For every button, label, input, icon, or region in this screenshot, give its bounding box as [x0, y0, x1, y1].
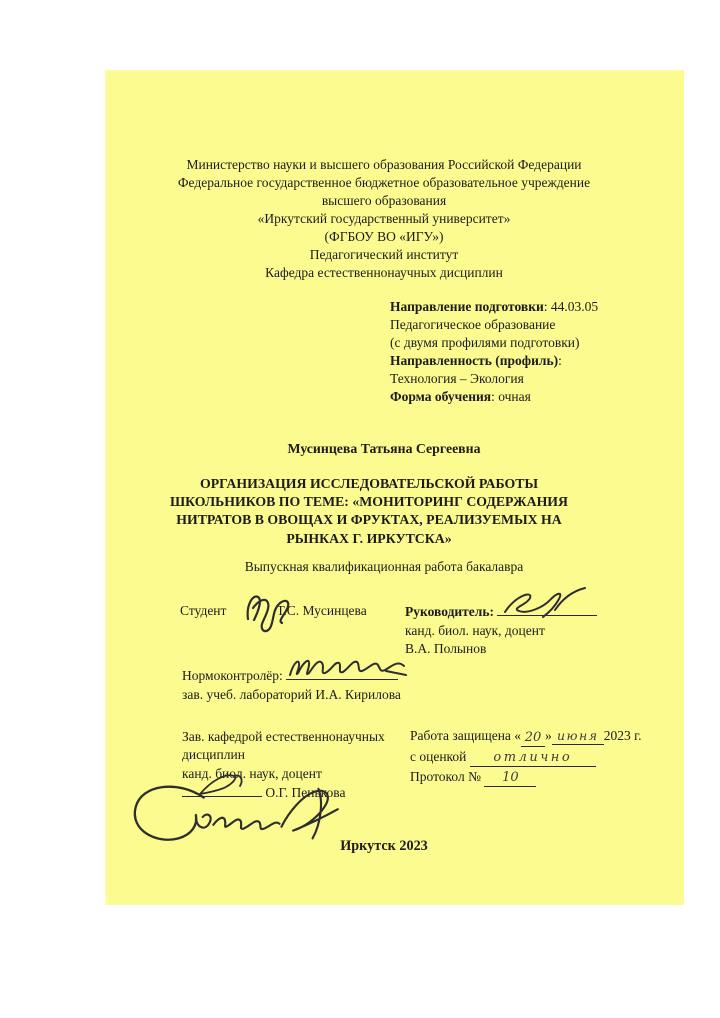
program-direction-note: (с двумя профилями подготовки) [390, 334, 665, 352]
defense-year: 2023 г. [604, 728, 642, 743]
protocol-label: Протокол № [410, 769, 481, 784]
institution-header: Министерство науки и высшего образования… [105, 156, 663, 282]
normcontrol-name: зав. учеб. лабораторий И.А. Кирилова [182, 685, 401, 704]
thesis-title-page: Министерство науки и высшего образования… [105, 70, 684, 905]
header-line-university: «Иркутский государственный университет» [105, 210, 663, 228]
normcontrol-signature-line: Нормоконтролёр: [182, 666, 401, 685]
form-label: Форма обучения [390, 389, 491, 404]
protocol-number-handwritten: 10 [484, 770, 536, 787]
dept-head-line2: дисциплин [182, 746, 385, 764]
student-signature-line: СтудентТ.С. Мусинцева [180, 603, 367, 619]
program-direction-name: Педагогическое образование [390, 316, 665, 334]
supervisor-signature-line: Руководитель: [405, 602, 597, 622]
supervisor-signature-field [497, 602, 597, 616]
dept-head-line1: Зав. кафедрой естественнонаучных [182, 728, 385, 746]
program-info-block: Направление подготовки: 44.03.05 Педагог… [390, 298, 665, 406]
supervisor-degree: канд. биол. наук, доцент [405, 622, 597, 641]
program-direction-line: Направление подготовки: 44.03.05 [390, 298, 665, 316]
defense-grade-line: с оценкой отлично [410, 747, 642, 768]
normcontrol-signature [286, 647, 408, 683]
title-line: РЫНКАХ Г. ИРКУТСКА» [105, 530, 633, 548]
header-line-institute: Педагогический институт [105, 246, 663, 264]
defense-date-line: Работа защищена «20»июня2023 г. [410, 726, 642, 747]
normcontrol-block: Нормоконтролёр: зав. учеб. лабораторий И… [182, 666, 401, 704]
defense-date-prefix: Работа защищена « [410, 728, 521, 743]
profile-colon: : [558, 353, 562, 368]
defense-day-handwritten: 20 [521, 730, 545, 747]
defense-month-handwritten: июня [552, 728, 604, 745]
program-profile-line: Направленность (профиль): [390, 352, 665, 370]
direction-value: : 44.03.05 [544, 299, 598, 314]
city-year-footer: Иркутск 2023 [105, 838, 663, 855]
supervisor-block: Руководитель: канд. биол. наук, доцент В… [405, 602, 597, 659]
normcontrol-signature-field [286, 666, 398, 680]
grade-handwritten: отлично [470, 750, 596, 767]
grade-label: с оценкой [410, 749, 466, 764]
thesis-title: ОРГАНИЗАЦИЯ ИССЛЕДОВАТЕЛЬСКОЙ РАБОТЫ ШКО… [105, 475, 633, 548]
title-line: НИТРАТОВ В ОВОЩАХ И ФРУКТАХ, РЕАЛИЗУЕМЫХ… [105, 511, 633, 529]
student-signature [238, 587, 302, 637]
defense-record-block: Работа защищена «20»июня2023 г. с оценко… [410, 726, 642, 788]
header-line-department: Кафедра естественнонаучных дисциплин [105, 264, 663, 282]
work-type-subtitle: Выпускная квалификационная работа бакала… [105, 559, 663, 575]
header-line-education: высшего образования [105, 192, 663, 210]
defense-quote-close: » [545, 728, 552, 743]
form-value: : очная [491, 389, 531, 404]
author-name: Мусинцева Татьяна Сергеевна [105, 441, 663, 457]
program-profile-value: Технология – Экология [390, 370, 665, 388]
title-line: ШКОЛЬНИКОВ ПО ТЕМЕ: «МОНИТОРИНГ СОДЕРЖАН… [105, 493, 633, 511]
normcontrol-label: Нормоконтролёр: [182, 668, 283, 683]
header-line-abbreviation: (ФГБОУ ВО «ИГУ») [105, 228, 663, 246]
student-label: Студент [180, 603, 226, 618]
program-form-line: Форма обучения: очная [390, 388, 665, 406]
supervisor-name: В.А. Полынов [405, 640, 597, 659]
defense-protocol-line: Протокол № 10 [410, 767, 642, 788]
profile-label: Направленность (профиль) [390, 353, 558, 368]
header-line-institution: Федеральное государственное бюджетное об… [105, 174, 663, 192]
title-line: ОРГАНИЗАЦИЯ ИССЛЕДОВАТЕЛЬСКОЙ РАБОТЫ [105, 475, 633, 493]
header-line-ministry: Министерство науки и высшего образования… [105, 156, 663, 174]
supervisor-signature [499, 584, 589, 622]
direction-label: Направление подготовки [390, 299, 544, 314]
supervisor-label: Руководитель: [405, 604, 494, 619]
